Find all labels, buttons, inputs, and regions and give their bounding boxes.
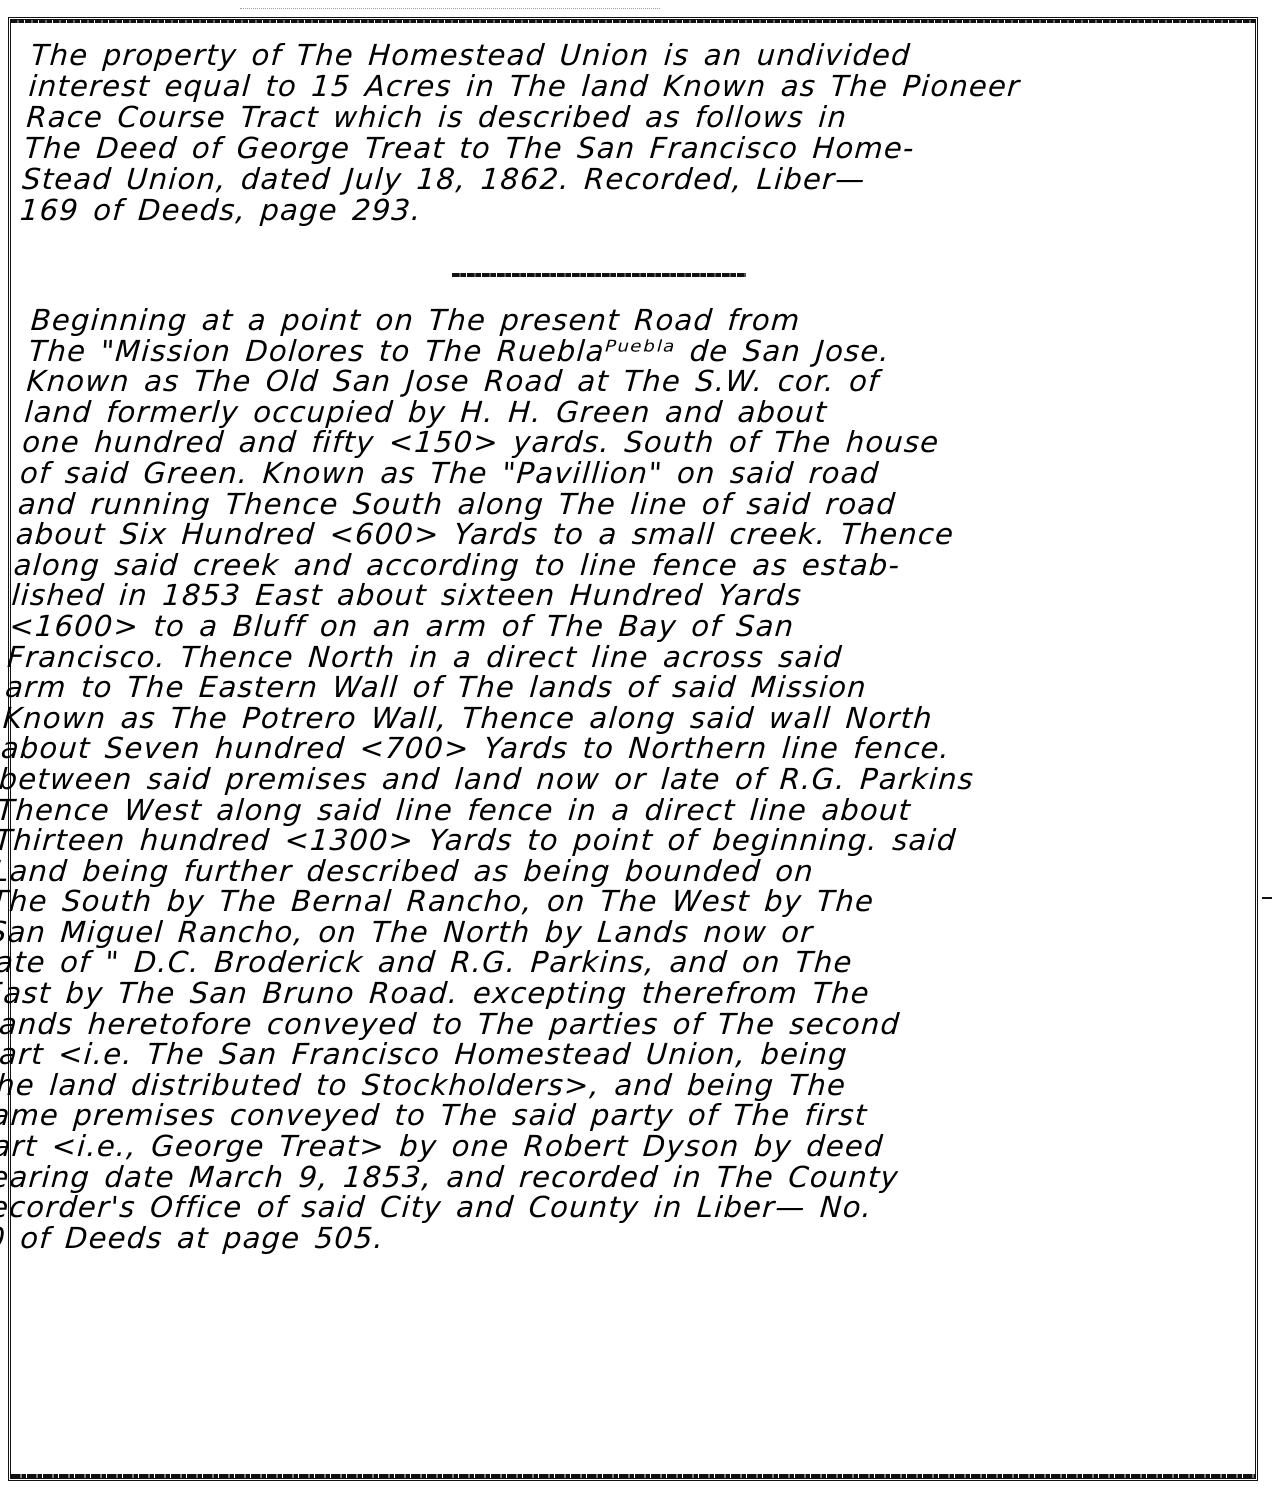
description-line: Known as The Potrero Wall, Thence along … [2,703,1204,734]
description-line: <1600> to a Bluff on an arm of The Bay o… [8,611,1210,642]
description-line: one hundred and fifty <150> yards. South… [21,427,1223,458]
description-line: Known as The Old San Jose Road at The S.… [26,366,1228,397]
description-line: San Miguel Rancho, on The North by Lands… [0,917,1189,948]
description-line: Recorder's Office of said City and Count… [0,1192,1170,1223]
description-line: part <i.e. The San Francisco Homestead U… [0,1039,1181,1070]
description-line: about Seven hundred <700> Yards to North… [0,733,1202,764]
description-line: Beginning at a point on The present Road… [30,305,1232,336]
intro-line: The Deed of George Treat to The San Fran… [23,133,1225,164]
description-line: East by The San Bruno Road. excepting th… [0,978,1185,1009]
description-line: Lands heretofore conveyed to The parties… [0,1009,1183,1040]
margin-mark [1262,897,1272,899]
intro-line: Race Course Tract which is described as … [25,102,1227,133]
intro-paragraph: The property of The Homestead Union is a… [19,40,1232,226]
description-line: 20 of Deeds at page 505. [0,1223,1168,1254]
section-divider [452,273,746,277]
description-line: about Six Hundred <600> Yards to a small… [15,519,1217,550]
intro-line: Stead Union, dated July 18, 1862. Record… [21,164,1223,195]
description-line: The "Mission Dolores to The Rueblaᴾᵘᵉᵇˡᵃ… [28,336,1230,367]
intro-line: The property of The Homestead Union is a… [30,40,1232,71]
description-line: land formerly occupied by H. H. Green an… [23,397,1225,428]
description-line: Land being further described as being bo… [0,856,1193,887]
description-line: Thence West along said line fence in a d… [0,795,1198,826]
description-line: same premises conveyed to The said party… [0,1100,1176,1131]
description-line: and running Thence South along The line … [17,489,1219,520]
description-line: bearing date March 9, 1853, and recorded… [0,1162,1172,1193]
intro-line: interest equal to 15 Acres in The land K… [28,71,1230,102]
description-line: late of " D.C. Broderick and R.G. Parkin… [0,947,1187,978]
top-edge-fragment [240,0,660,9]
description-line: along said creek and according to line f… [13,550,1215,581]
description-line: Thirteen hundred <1300> Yards to point o… [0,825,1196,856]
description-line: lished in 1853 East about sixteen Hundre… [11,580,1213,611]
description-line: The land distributed to Stockholders>, a… [0,1070,1179,1101]
description-line: The South by The Bernal Rancho, on The W… [0,886,1191,917]
description-line: between said premises and land now or la… [0,764,1200,795]
description-line: part <i.e., George Treat> by one Robert … [0,1131,1174,1162]
description-line: of said Green. Known as The "Pavillion" … [19,458,1221,489]
property-description-paragraph: Beginning at a point on The present Road… [0,305,1232,1253]
intro-line: 169 of Deeds, page 293. [19,195,1221,226]
description-line: arm to The Eastern Wall of The lands of … [4,672,1206,703]
description-line: Francisco. Thence North in a direct line… [6,642,1208,673]
